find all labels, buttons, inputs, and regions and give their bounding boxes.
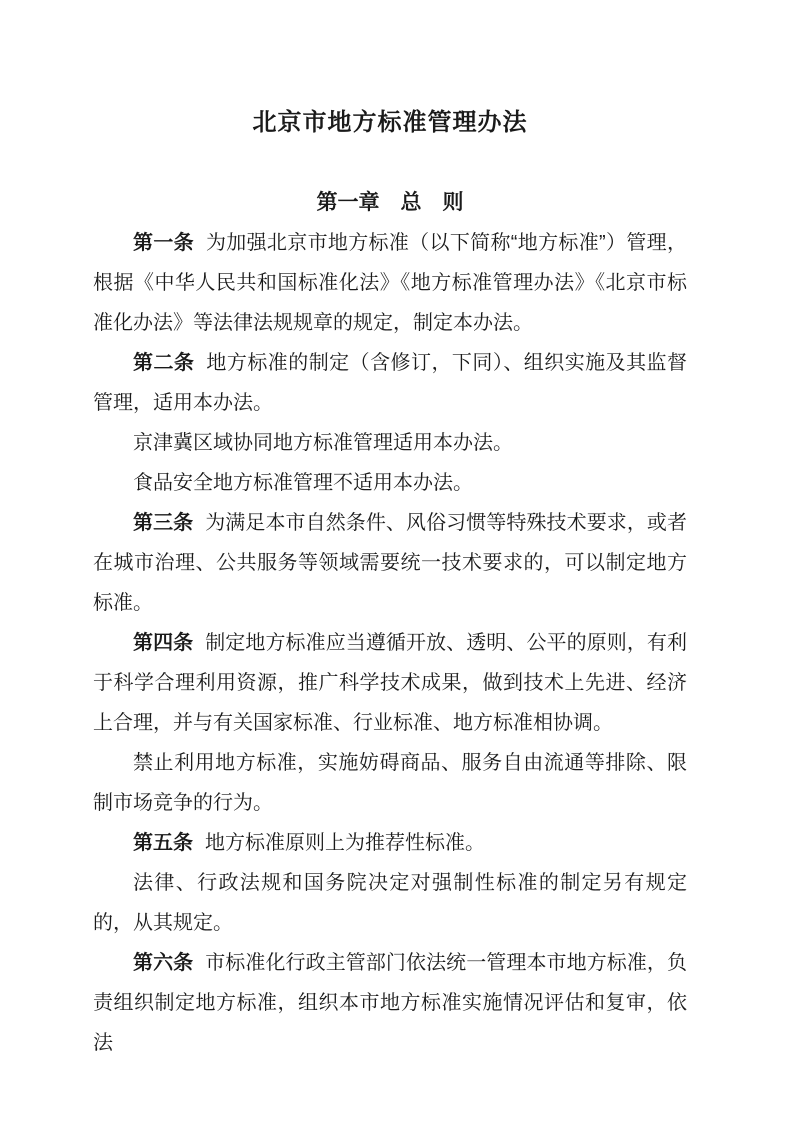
body-paragraph: 法律、行政法规和国务院决定对强制性标准的制定另有规定的，从其规定。 xyxy=(93,863,687,943)
body-paragraph: 食品安全地方标准管理不适用本办法。 xyxy=(93,463,687,503)
body-paragraph: 禁止利用地方标准，实施妨碍商品、服务自由流通等排除、限制市场竞争的行为。 xyxy=(93,743,687,823)
article-paragraph: 第六条市标准化行政主管部门依法统一管理本市地方标准，负责组织制定地方标准，组织本… xyxy=(93,943,687,1063)
paragraph-text: 食品安全地方标准管理不适用本办法。 xyxy=(133,472,473,494)
paragraph-text: 法律、行政法规和国务院决定对强制性标准的制定另有规定的，从其规定。 xyxy=(93,872,687,934)
article-paragraph: 第一条为加强北京市地方标准（以下简称“地方标准”）管理，根据《中华人民共和国标准… xyxy=(93,223,687,343)
article-paragraph: 第三条为满足本市自然条件、风俗习惯等特殊技术要求，或者在城市治理、公共服务等领域… xyxy=(93,503,687,623)
document-body: 第一条为加强北京市地方标准（以下简称“地方标准”）管理，根据《中华人民共和国标准… xyxy=(93,223,687,1063)
article-number-label: 第三条 xyxy=(133,512,193,534)
article-number-label: 第六条 xyxy=(133,952,193,974)
article-number-label: 第四条 xyxy=(133,632,193,654)
article-number-label: 第一条 xyxy=(133,232,194,254)
article-paragraph: 第五条地方标准原则上为推荐性标准。 xyxy=(93,823,687,863)
body-paragraph: 京津冀区域协同地方标准管理适用本办法。 xyxy=(93,423,687,463)
document-title: 北京市地方标准管理办法 xyxy=(93,103,687,143)
paragraph-text: 京津冀区域协同地方标准管理适用本办法。 xyxy=(133,432,513,454)
chapter-heading: 第一章 总 则 xyxy=(93,183,687,223)
article-paragraph: 第二条地方标准的制定（含修订，下同）、组织实施及其监督管理，适用本办法。 xyxy=(93,343,687,423)
article-number-label: 第二条 xyxy=(133,352,194,374)
article-number-label: 第五条 xyxy=(133,832,193,854)
article-paragraph: 第四条制定地方标准应当遵循开放、透明、公平的原则，有利于科学合理利用资源，推广科… xyxy=(93,623,687,743)
paragraph-text: 地方标准原则上为推荐性标准。 xyxy=(205,832,485,854)
paragraph-text: 禁止利用地方标准，实施妨碍商品、服务自由流通等排除、限制市场竞争的行为。 xyxy=(93,752,687,814)
document-page: 北京市地方标准管理办法 第一章 总 则 第一条为加强北京市地方标准（以下简称“地… xyxy=(0,0,793,1122)
